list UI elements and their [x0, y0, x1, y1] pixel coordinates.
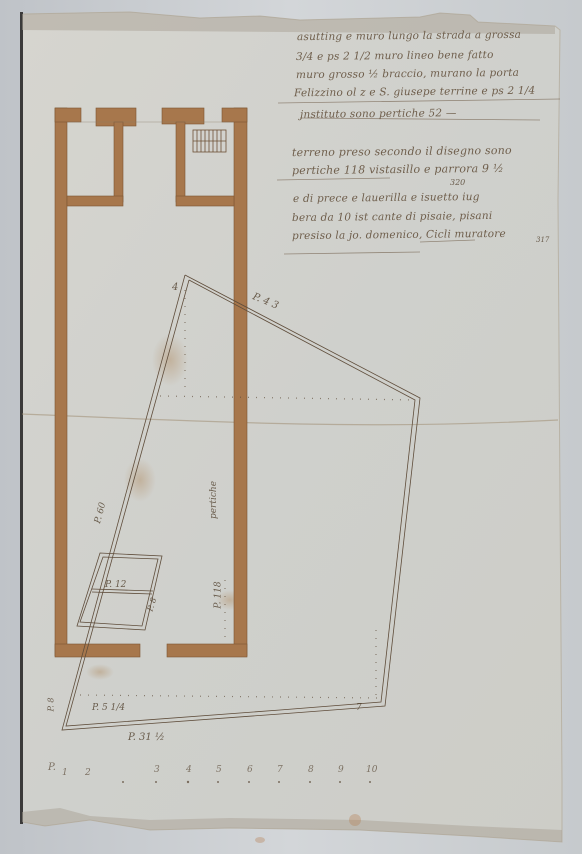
scale-tick: 4	[186, 765, 192, 775]
inner-vertical-label: pertiche	[209, 481, 219, 519]
note-line: muro grosso ½ braccio, murano la porta	[296, 67, 519, 81]
note-line: asutting e muro lungo la strada a grossa	[297, 29, 521, 43]
note-line: e di prece e lauerilla e isuetto iug	[293, 191, 480, 205]
scale-unit-label: P.	[48, 762, 56, 773]
note-aside: 320	[450, 178, 465, 187]
left-corner-label: P. 8	[46, 698, 55, 712]
corner-label: 4	[172, 282, 178, 293]
scale-tick: 2	[85, 768, 91, 778]
scale-tick: 6	[247, 765, 253, 775]
small-room-label: P. 12	[105, 580, 126, 590]
bottom-inside-label: P. 5 1/4	[92, 703, 125, 713]
manuscript-sheet	[0, 0, 582, 854]
bottom-outside-label: P. 31 ½	[128, 732, 165, 743]
note-line: Felizzino ol z e S. giusepe terrine e ps…	[294, 85, 536, 100]
note-line: 3/4 e ps 2 1/2 muro lineo bene fatto	[296, 49, 494, 63]
note-line: presiso la jo. domenico, Cicli muratore	[292, 228, 506, 242]
mount-edge	[20, 12, 23, 824]
scale-tick: 8	[308, 765, 314, 775]
scale-tick: 5	[216, 765, 222, 775]
paper-sheet	[22, 12, 562, 842]
scale-tick: 9	[338, 765, 344, 775]
note-line: terreno preso secondo il disegno sono	[292, 144, 512, 159]
note-line: bera da 10 ist cante di pisaie, pisani	[292, 210, 493, 224]
inner-vertical-label: P. 118	[214, 581, 224, 608]
scale-tick: 10	[366, 765, 377, 775]
note-line: jnstituto sono pertiche 52 —	[300, 107, 457, 121]
scale-tick: 1	[62, 768, 68, 778]
scale-tick: 3	[154, 765, 160, 775]
scale-tick: 7	[277, 765, 283, 775]
note-aside: 317	[536, 236, 549, 244]
note-line: pertiche 118 vistasillo e parrora 9 ½	[292, 162, 504, 177]
corner-label: 7	[356, 703, 362, 713]
